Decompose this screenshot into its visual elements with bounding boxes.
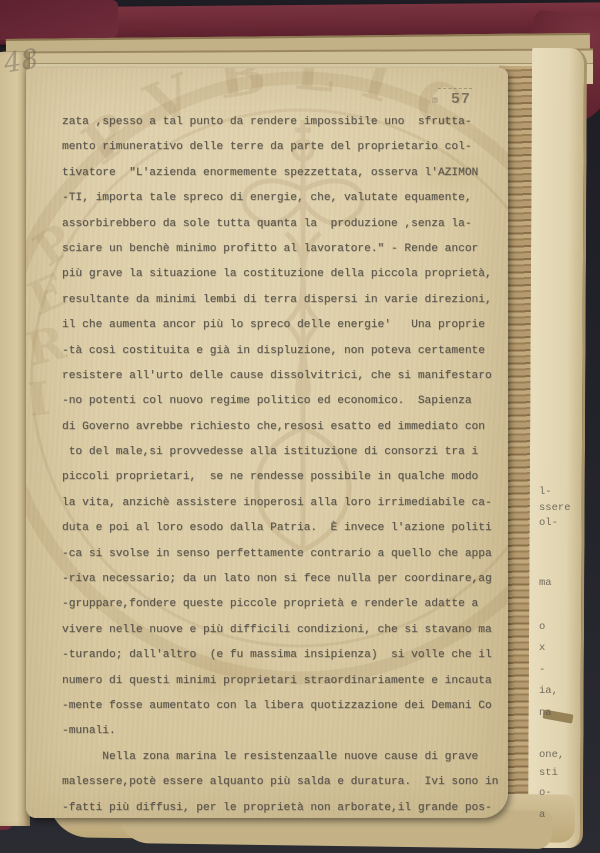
typed-line: -munali. [62,719,498,744]
typed-line: Nella zona marina le resistenzaalle nuov… [62,745,498,770]
typed-line: -gruppare,fondere queste piccole proprie… [62,592,498,617]
page-number-prefix-mark: m [432,96,439,107]
typed-line: duta e poi al loro esodo dalla Patria. È… [62,516,498,541]
edge-text-fragment: sti [539,767,558,779]
typed-line: malessere,potè essere alquanto più salda… [62,770,498,795]
typed-line: zata ,spesso a tal punto da rendere impo… [62,110,498,135]
typed-line: il che aumenta ancor più lo spreco delle… [62,313,498,338]
pencil-folio-note: 48 [2,44,41,80]
page-number: m57 [432,88,472,108]
typed-line: di Governo avrebbe richiesto che,resosi … [62,415,498,440]
edge-text-fragment: o- [539,787,552,799]
edge-text-fragment: na [539,707,552,719]
typed-line: -fatti più diffusi, per le proprietà non… [62,796,498,821]
edge-text-fragment: ssere [539,502,571,514]
edge-text-fragment: ia, [539,685,558,697]
edge-text-fragment: - [539,664,545,676]
typed-line: numero di questi minimi proprietari stra… [62,669,498,694]
typed-line: sciare un benchè minimo profitto al lavo… [62,237,498,262]
edge-text-fragment: ma [539,577,552,589]
typed-line: -riva necessario; da un lato non si fece… [62,567,498,592]
typed-line: tivatore "L'azienda enormemente spezzett… [62,161,498,186]
edge-text-fragment: one, [539,749,564,761]
edge-text-fragment: ol- [539,517,558,529]
edge-text-fragment: a [539,809,545,821]
typed-line: vivere nelle nuove e più difficili condi… [62,618,498,643]
under-page-text-fragments: l-ssereol-maox-ia,naone,stio-a [539,0,583,853]
book-cover-corner-left [0,0,118,40]
typed-line: -TI, importa tale spreco di energie, che… [62,186,498,211]
typed-line: piccoli proprietari, se ne rendesse poss… [62,465,498,490]
typescript-body: zata ,spesso a tal punto da rendere impo… [62,110,498,821]
typed-line: più grave la situazione la costituzione … [62,262,498,287]
typed-line: mento rimunerativo delle terre da parte … [62,135,498,160]
typed-line: to del male,si provvedesse alla istituzi… [62,440,498,465]
typed-line: -tà così costituita e già in displuzione… [62,339,498,364]
typed-line: -no potenti col nuovo regime politico ed… [62,389,498,414]
typed-line: -mente fosse aumentato con la libera quo… [62,694,498,719]
typed-line: resistere all'urto delle cause dissolvit… [62,364,498,389]
edge-text-fragment: o [539,621,545,633]
typed-line: resultante da minimi lembi di terra disp… [62,288,498,313]
typed-line: -ca si svolse in senso perfettamente con… [62,542,498,567]
typed-line: -turando; dall'altro (e fu massima insip… [62,643,498,668]
edge-text-fragment: l- [539,486,552,498]
edge-text-fragment: x [539,642,545,654]
book-scan-photo: l-ssereol-maox-ia,naone,stio-a PVBLIC P … [0,0,600,853]
typed-line: la vita, anzichè assistere inoperosi all… [62,491,498,516]
typed-line: assorbirebbero da sole tutta quanta la p… [62,212,498,237]
page-number-strike-mark [438,88,472,89]
